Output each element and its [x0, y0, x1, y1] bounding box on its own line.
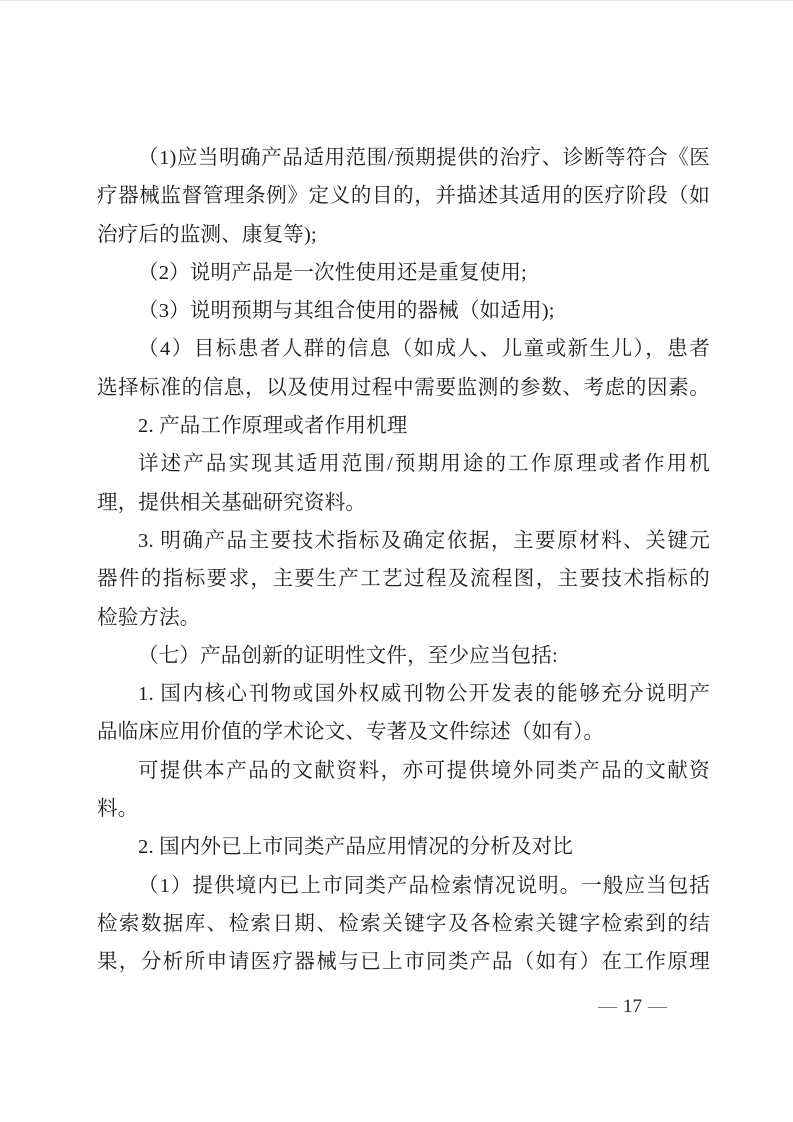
- text-line: 2. 产品工作原理或者作用机理: [97, 407, 710, 445]
- text-line: 疗器械监督管理条例》定义的目的，并描述其适用的医疗阶段（如: [97, 177, 710, 215]
- text-line: 检索数据库、检索日期、检索关键字及各检索关键字检索到的结: [97, 905, 710, 943]
- text-line: （3）说明预期与其组合使用的器械（如适用);: [97, 292, 710, 330]
- text-line: （七）产品创新的证明性文件，至少应当包括:: [97, 637, 710, 675]
- text-line: 理，提供相关基础研究资料。: [97, 484, 710, 522]
- text-line: （4）目标患者人群的信息（如成人、儿童或新生儿），患者: [97, 330, 710, 368]
- text-line: （2）说明产品是一次性使用还是重复使用;: [97, 254, 710, 292]
- text-line: 3. 明确产品主要技术指标及确定依据，主要原材料、关键元: [97, 522, 710, 560]
- text-line: 选择标准的信息，以及使用过程中需要监测的参数、考虑的因素。: [97, 369, 710, 407]
- page-number-left-dash: —: [598, 996, 617, 1017]
- text-line: 器件的指标要求，主要生产工艺过程及流程图，主要技术指标的: [97, 560, 710, 598]
- page-number: —17—: [594, 995, 671, 1019]
- text-line: 2. 国内外已上市同类产品应用情况的分析及对比: [97, 828, 710, 866]
- text-line: 品临床应用价值的学术论文、专著及文件综述（如有）。: [97, 713, 710, 751]
- page-number-right-dash: —: [648, 996, 667, 1017]
- text-line: 果，分析所申请医疗器械与已上市同类产品（如有）在工作原理: [97, 943, 710, 981]
- text-line: 料。: [97, 790, 710, 828]
- scan-edge-artifact: [0, 0, 793, 1]
- text-line: （1)应当明确产品适用范围/预期提供的治疗、诊断等符合《医: [97, 139, 710, 177]
- text-line: 1. 国内核心刊物或国外权威刊物公开发表的能够充分说明产: [97, 675, 710, 713]
- text-line: 详述产品实现其适用范围/预期用途的工作原理或者作用机: [97, 445, 710, 483]
- text-line: 可提供本产品的文献资料，亦可提供境外同类产品的文献资: [97, 752, 710, 790]
- text-line: 检验方法。: [97, 599, 710, 637]
- text-line: （1）提供境内已上市同类产品检索情况说明。一般应当包括: [97, 867, 710, 905]
- document-body-text: （1)应当明确产品适用范围/预期提供的治疗、诊断等符合《医疗器械监督管理条例》定…: [97, 139, 710, 982]
- page-number-value: 17: [623, 996, 642, 1017]
- document-page: （1)应当明确产品适用范围/预期提供的治疗、诊断等符合《医疗器械监督管理条例》定…: [0, 0, 793, 1122]
- text-line: 治疗后的监测、康复等);: [97, 216, 710, 254]
